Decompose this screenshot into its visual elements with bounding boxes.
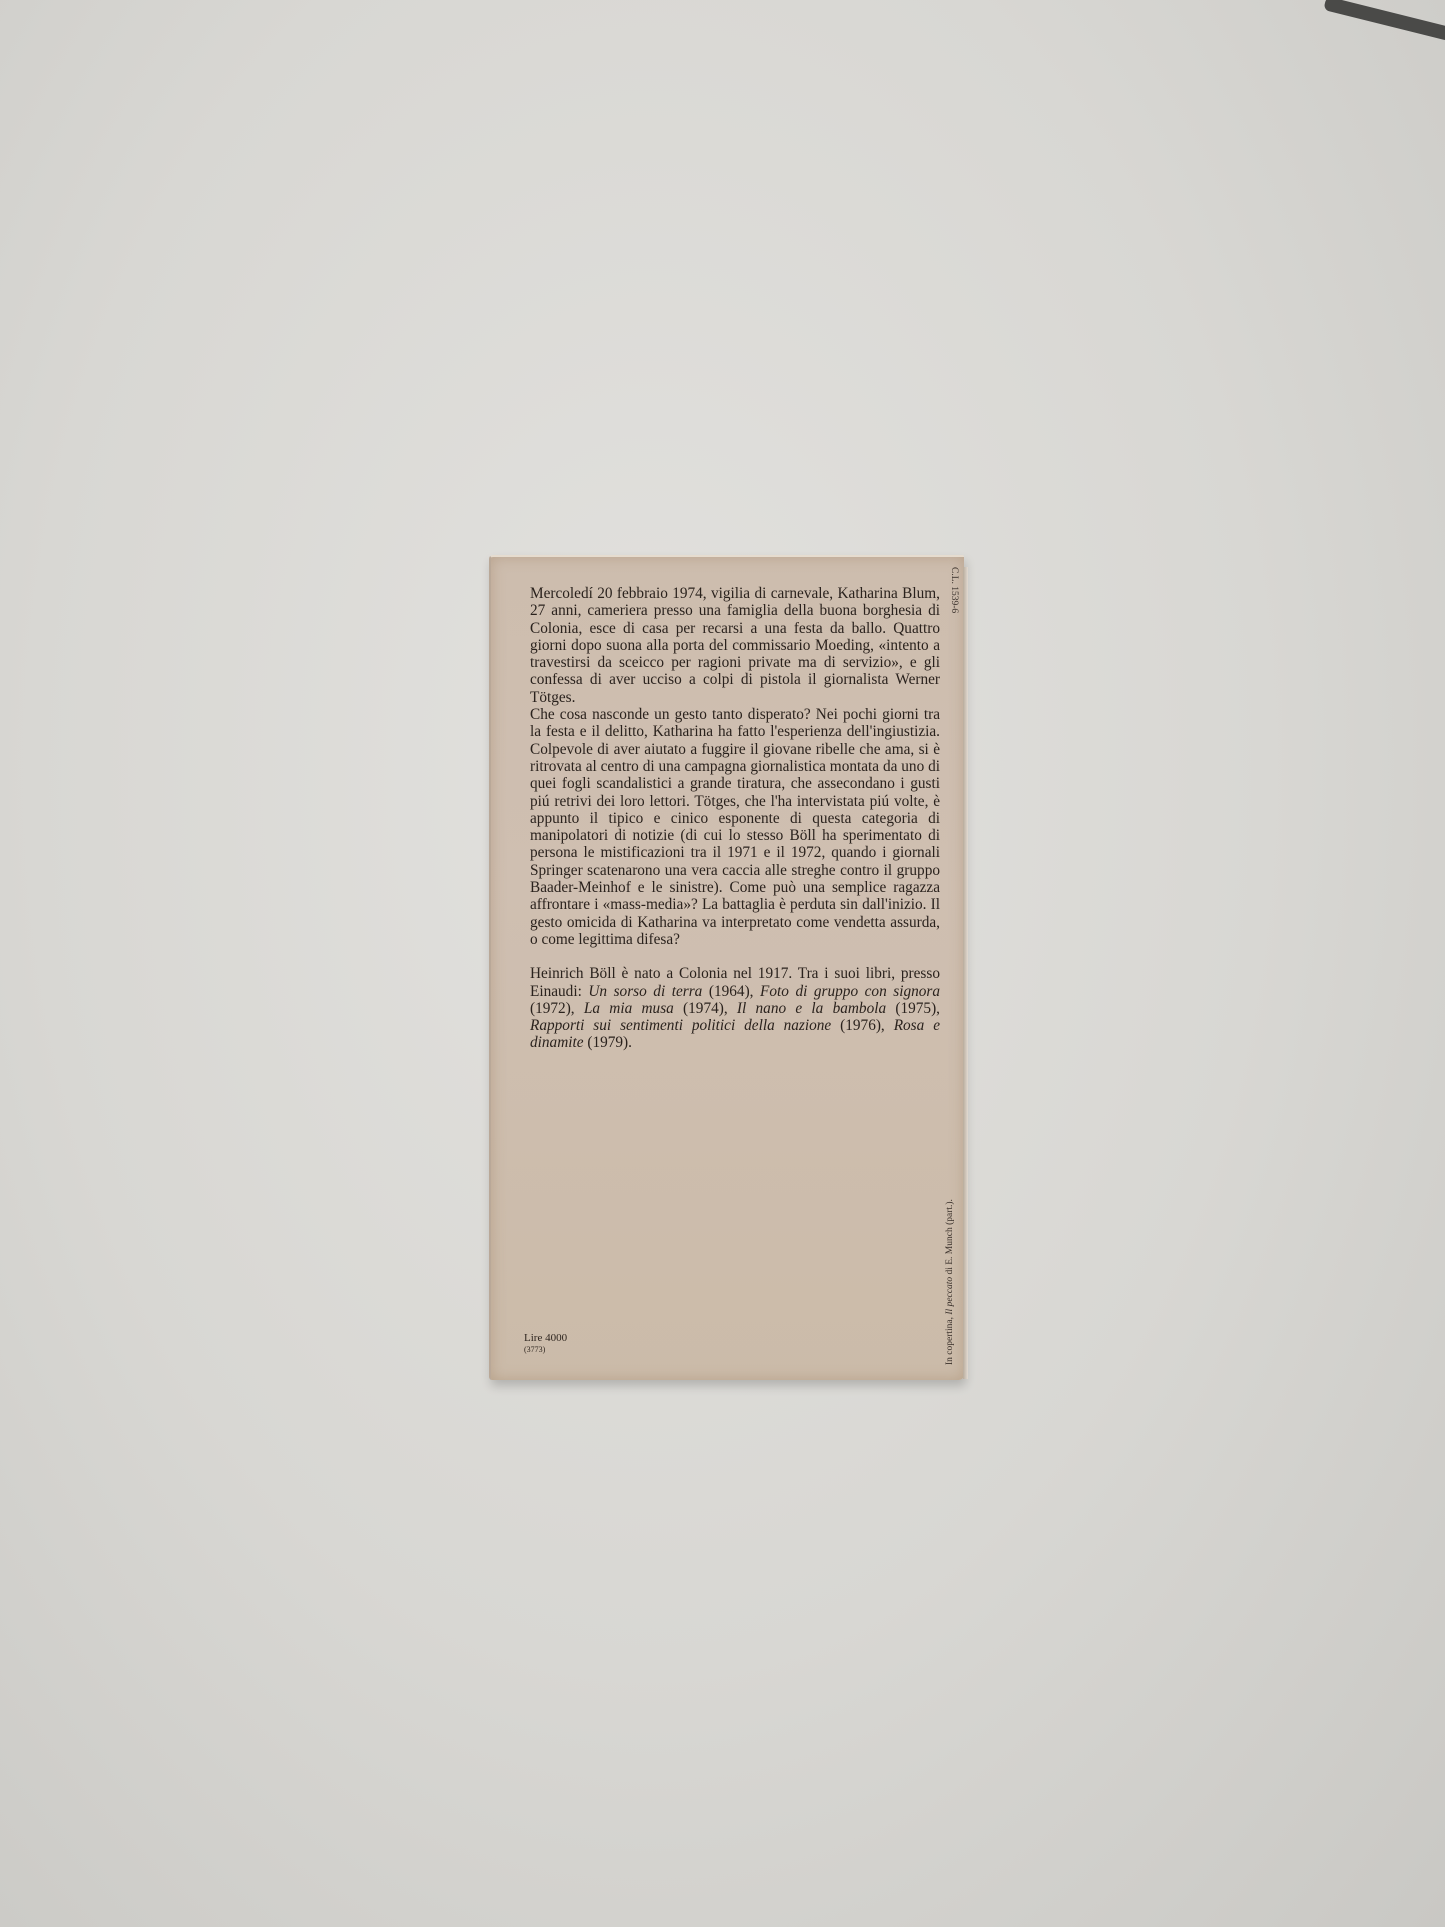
author-bio: Heinrich Böll è nato a Colonia nel 1917.…: [530, 965, 940, 1051]
book-back-cover: C.L. 1539-6 Mercoledí 20 febbraio 1974, …: [489, 555, 964, 1380]
catalog-number: (3773): [524, 1344, 567, 1356]
blurb: Mercoledí 20 febbraio 1974, vigilia di c…: [530, 585, 940, 1052]
blurb-paragraph-1: Mercoledí 20 febbraio 1974, vigilia di c…: [530, 585, 940, 706]
work-year: (1979).: [584, 1034, 632, 1051]
work-title: Foto di gruppo con signora: [760, 983, 940, 1000]
credit-suffix: di E. Munch (part.).: [945, 1199, 955, 1277]
work-title: Rapporti sui sentimenti politici della n…: [530, 1017, 831, 1034]
cover-credit: In copertina, Il peccato di E. Munch (pa…: [945, 1157, 959, 1365]
price-block: Lire 4000 (3773): [524, 1332, 567, 1356]
credit-title: Il peccato: [945, 1277, 955, 1315]
page-edge: [963, 567, 968, 1379]
blurb-paragraph-2: Che cosa nasconde un gesto tanto dispera…: [530, 706, 940, 948]
work-year: (1975),: [886, 1000, 940, 1017]
work-year: (1974),: [674, 1000, 737, 1017]
price: Lire 4000: [524, 1332, 567, 1344]
work-title: La mia musa: [584, 1000, 674, 1017]
work-year: (1964),: [702, 983, 760, 1000]
work-year: (1972),: [530, 1000, 584, 1017]
side-code: C.L. 1539-6: [945, 567, 959, 629]
cable: [1323, 0, 1445, 41]
work-title: Il nano e la bambola: [737, 1000, 886, 1017]
work-title: Un sorso di terra: [588, 983, 702, 1000]
work-year: (1976),: [831, 1017, 893, 1034]
credit-prefix: In copertina,: [945, 1315, 955, 1365]
